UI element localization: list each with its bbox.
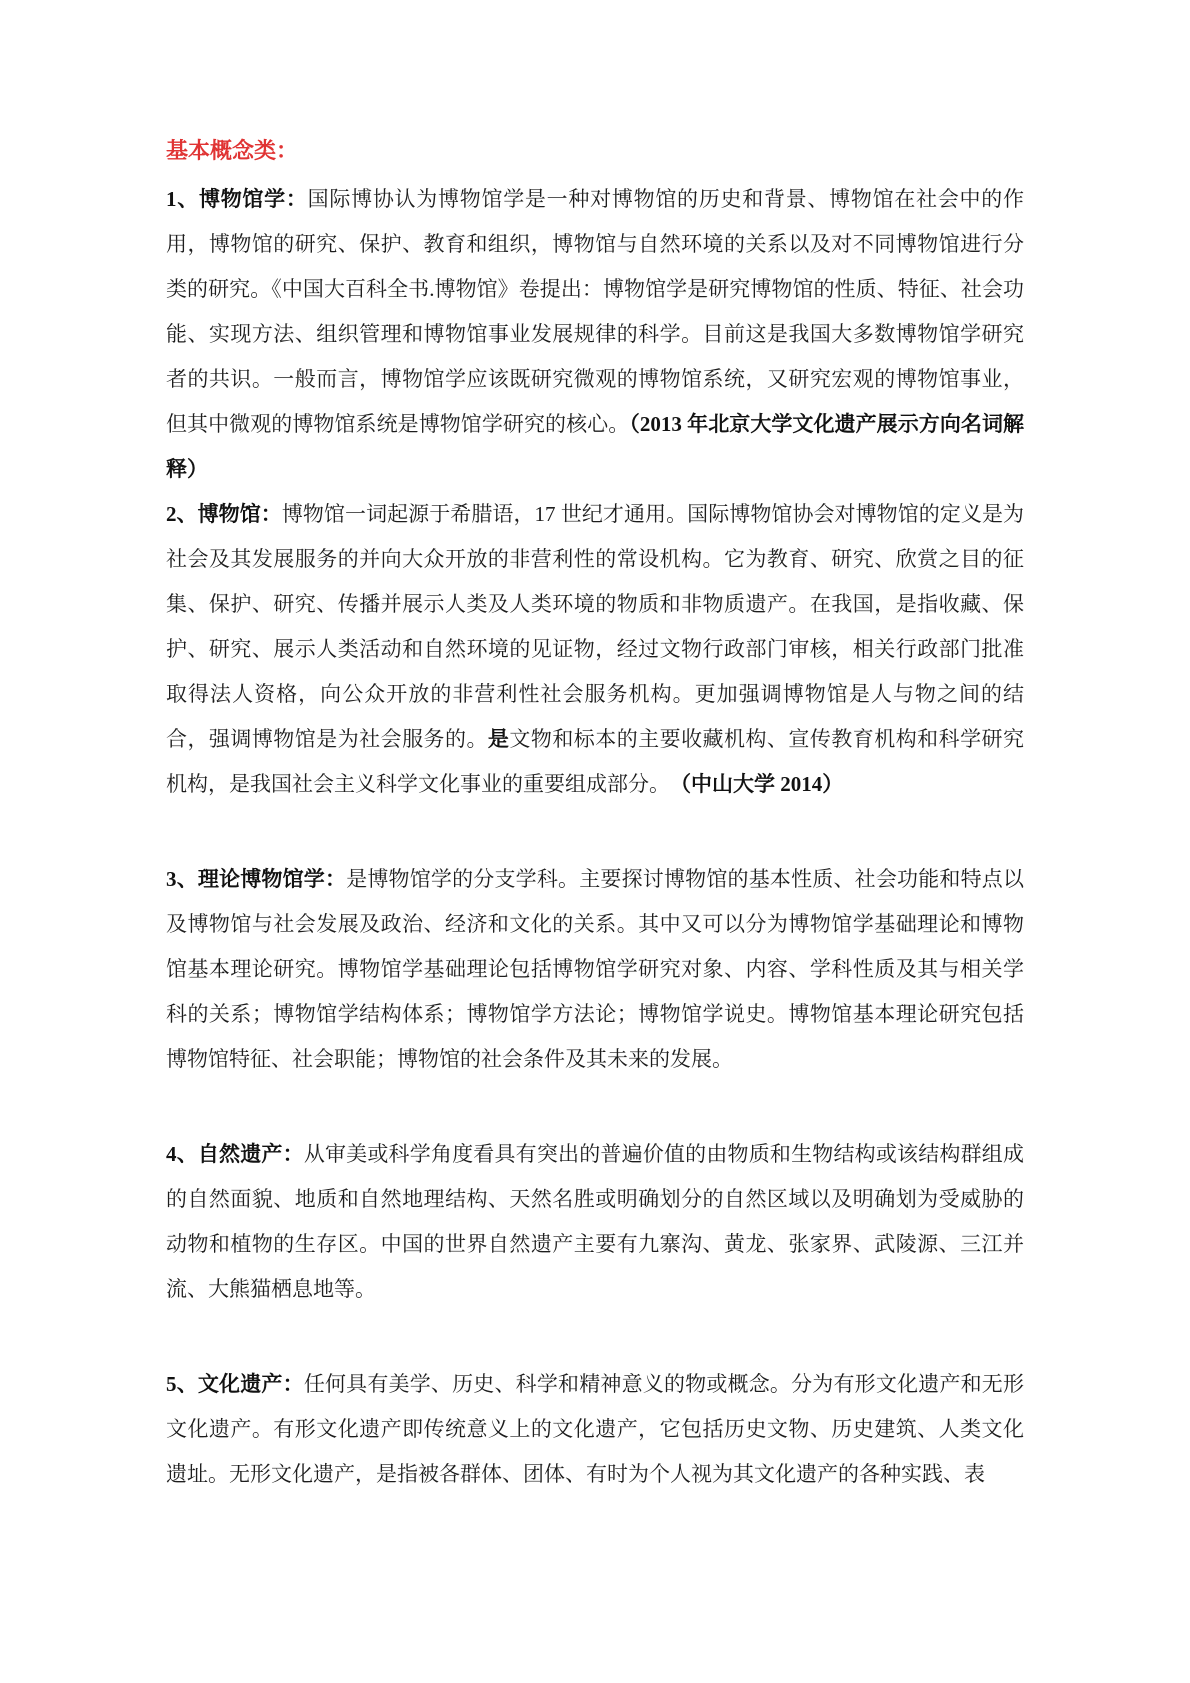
term-label-museum: 2、博物馆： xyxy=(166,502,282,526)
definition-paragraph-natural-heritage: 4、自然遗产：从审美或科学角度看具有突出的普遍价值的由物质和生物结构或该结构群组… xyxy=(166,1132,1024,1312)
definition-paragraph-museum: 2、博物馆：博物馆一词起源于希腊语，17 世纪才通用。国际博物馆协会对博物馆的定… xyxy=(166,492,1024,807)
section-heading: 基本概念类： xyxy=(166,128,1024,173)
term-label-museology: 1、博物馆学： xyxy=(166,187,308,211)
source-citation-museum: （中山大学 2014） xyxy=(681,772,844,796)
definition-text-theoretical-museology: 是博物馆学的分支学科。主要探讨博物馆的基本性质、社会功能和特点以及博物馆与社会发… xyxy=(166,867,1024,1071)
emphasis-text-museum: 是 xyxy=(488,727,509,751)
term-label-natural-heritage: 4、自然遗产： xyxy=(166,1142,304,1166)
term-label-theoretical-museology: 3、理论博物馆学： xyxy=(166,867,346,891)
definition-text-museum: 博物馆一词起源于希腊语，17 世纪才通用。国际博物馆协会对博物馆的定义是为社会及… xyxy=(166,502,1024,751)
document-page: 基本概念类： 1、博物馆学：国际博协认为博物馆学是一种对博物馆的历史和背景、博物… xyxy=(0,0,1190,1683)
term-label-cultural-heritage: 5、文化遗产： xyxy=(166,1372,304,1396)
definition-text-museology: 国际博协认为博物馆学是一种对博物馆的历史和背景、博物馆在社会中的作用，博物馆的研… xyxy=(166,187,1024,436)
definition-paragraph-museology: 1、博物馆学：国际博协认为博物馆学是一种对博物馆的历史和背景、博物馆在社会中的作… xyxy=(166,177,1024,492)
definition-paragraph-theoretical-museology: 3、理论博物馆学：是博物馆学的分支学科。主要探讨博物馆的基本性质、社会功能和特点… xyxy=(166,857,1024,1082)
definition-paragraph-cultural-heritage: 5、文化遗产：任何具有美学、历史、科学和精神意义的物或概念。分为有形文化遗产和无… xyxy=(166,1362,1024,1497)
